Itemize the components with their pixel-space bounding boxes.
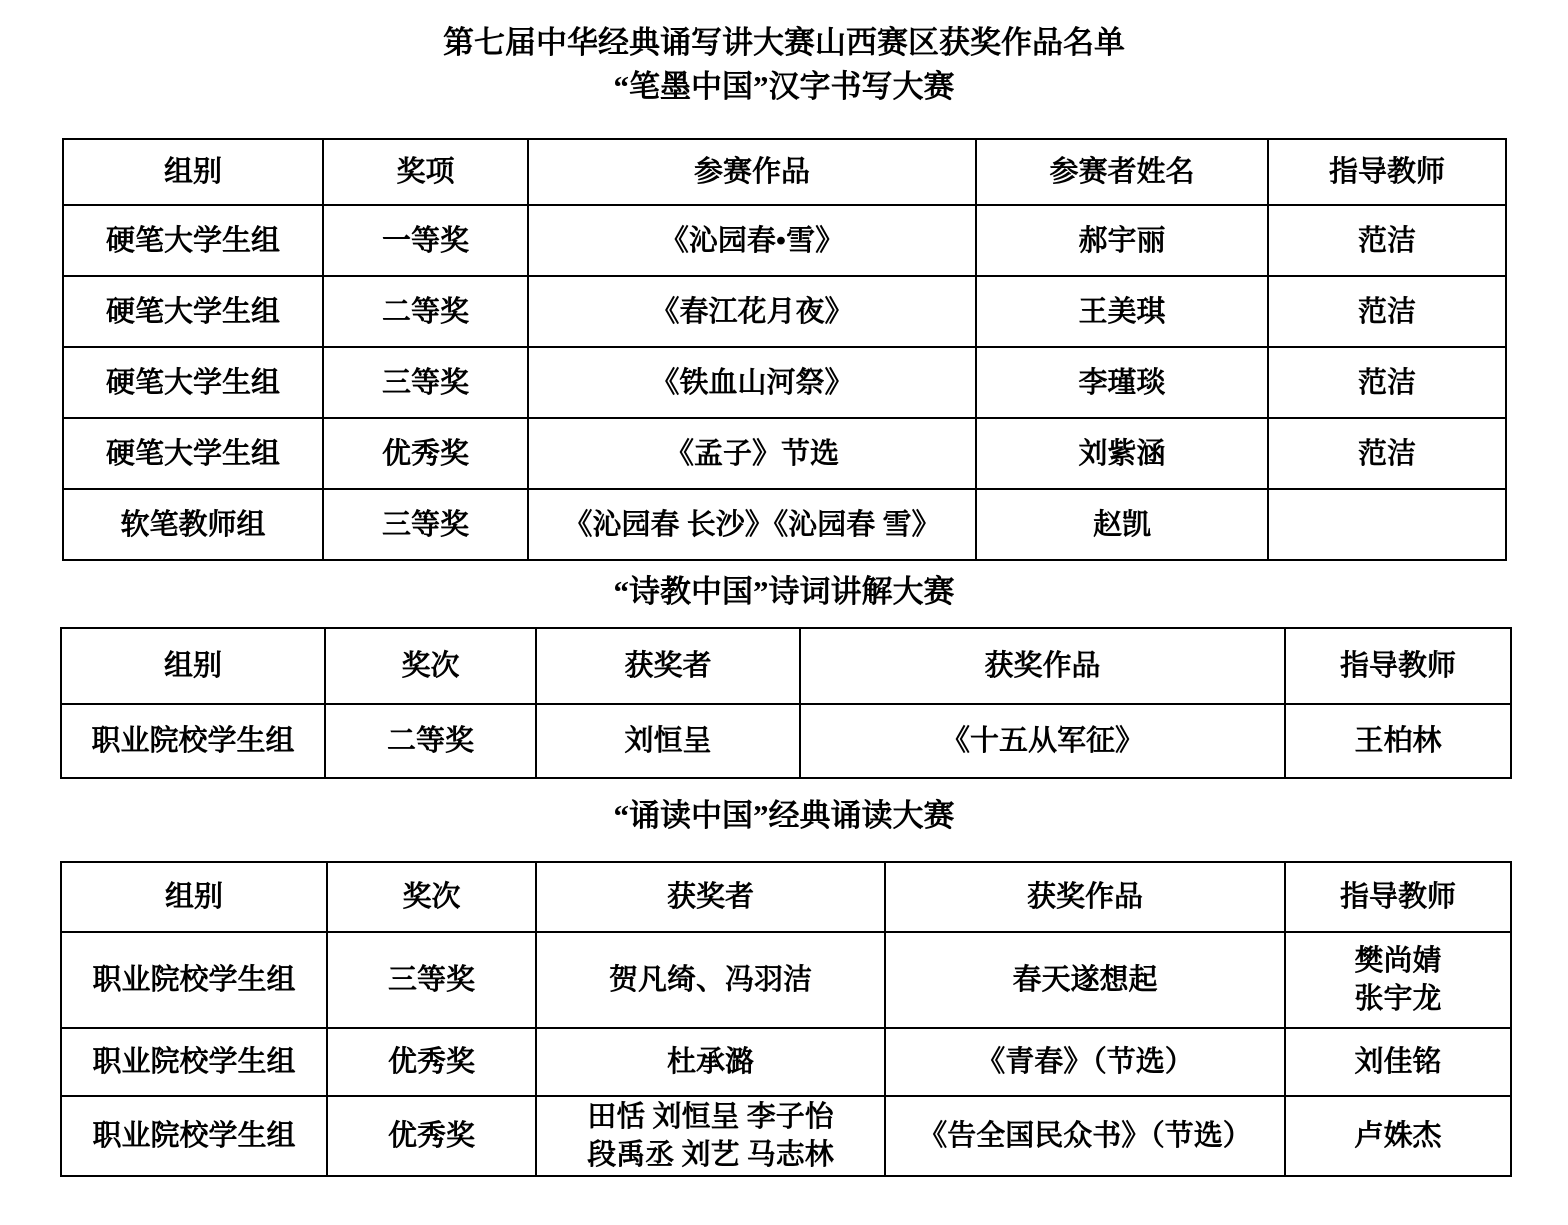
cell-participant: 李瑾琰 xyxy=(976,347,1268,418)
table-row: 硬笔大学生组 三等奖 《铁血山河祭》 李瑾琰 范洁 xyxy=(63,347,1506,418)
cell-work: 《沁园春•雪》 xyxy=(528,205,976,276)
section-title-calligraphy: “笔墨中国”汉字书写大赛 xyxy=(0,66,1568,108)
header-teacher: 指导教师 xyxy=(1268,139,1506,205)
header-group: 组别 xyxy=(63,139,323,205)
cell-group: 硬笔大学生组 xyxy=(63,205,323,276)
cell-group: 职业院校学生组 xyxy=(61,1028,327,1096)
header-group: 组别 xyxy=(61,628,325,704)
cell-work: 《孟子》节选 xyxy=(528,418,976,489)
section-title-recitation: “诵读中国”经典诵读大赛 xyxy=(0,795,1568,837)
cell-award: 优秀奖 xyxy=(327,1096,536,1176)
cell-winner: 刘恒呈 xyxy=(536,704,800,778)
cell-work: 《沁园春 长沙》《沁园春 雪》 xyxy=(528,489,976,560)
table-row: 职业院校学生组 三等奖 贺凡绮、冯羽洁 春天遂想起 樊尚婧 张宇龙 xyxy=(61,932,1511,1028)
cell-participant: 刘紫涵 xyxy=(976,418,1268,489)
cell-participant: 赵凯 xyxy=(976,489,1268,560)
table-row: 职业院校学生组 优秀奖 杜承潞 《青春》（节选） 刘佳铭 xyxy=(61,1028,1511,1096)
table-header-row: 组别 奖项 参赛作品 参赛者姓名 指导教师 xyxy=(63,139,1506,205)
cell-award: 二等奖 xyxy=(325,704,536,778)
cell-winner: 杜承潞 xyxy=(536,1028,885,1096)
cell-winner: 贺凡绮、冯羽洁 xyxy=(536,932,885,1028)
cell-winner: 田恬 刘恒呈 李子怡 段禹丞 刘艺 马志林 xyxy=(536,1096,885,1176)
header-winner: 获奖者 xyxy=(536,628,800,704)
cell-participant: 郝宇丽 xyxy=(976,205,1268,276)
header-teacher: 指导教师 xyxy=(1285,628,1511,704)
cell-teacher: 范洁 xyxy=(1268,276,1506,347)
header-award: 奖次 xyxy=(327,862,536,932)
cell-group: 职业院校学生组 xyxy=(61,932,327,1028)
header-group: 组别 xyxy=(61,862,327,932)
document: 第七届中华经典诵写讲大赛山西赛区获奖作品名单 “笔墨中国”汉字书写大赛 组别 奖… xyxy=(0,0,1568,1177)
cell-group: 硬笔大学生组 xyxy=(63,276,323,347)
cell-group: 软笔教师组 xyxy=(63,489,323,560)
table-poetry-lecture-contest: 组别 奖次 获奖者 获奖作品 指导教师 职业院校学生组 二等奖 刘恒呈 《十五从… xyxy=(60,627,1512,779)
header-work: 获奖作品 xyxy=(800,628,1285,704)
cell-participant: 王美琪 xyxy=(976,276,1268,347)
cell-work: 春天遂想起 xyxy=(885,932,1285,1028)
page-title: 第七届中华经典诵写讲大赛山西赛区获奖作品名单 xyxy=(0,22,1568,64)
table-row: 软笔教师组 三等奖 《沁园春 长沙》《沁园春 雪》 赵凯 xyxy=(63,489,1506,560)
cell-teacher: 范洁 xyxy=(1268,418,1506,489)
header-award: 奖项 xyxy=(323,139,528,205)
header-participant: 参赛者姓名 xyxy=(976,139,1268,205)
cell-work: 《十五从军征》 xyxy=(800,704,1285,778)
cell-award: 三等奖 xyxy=(323,489,528,560)
cell-group: 硬笔大学生组 xyxy=(63,418,323,489)
cell-teacher: 刘佳铭 xyxy=(1285,1028,1511,1096)
cell-work: 《告全国民众书》（节选） xyxy=(885,1096,1285,1176)
table-header-row: 组别 奖次 获奖者 获奖作品 指导教师 xyxy=(61,628,1511,704)
table-row: 硬笔大学生组 二等奖 《春江花月夜》 王美琪 范洁 xyxy=(63,276,1506,347)
cell-teacher: 范洁 xyxy=(1268,205,1506,276)
table-row: 职业院校学生组 二等奖 刘恒呈 《十五从军征》 王柏林 xyxy=(61,704,1511,778)
header-work: 获奖作品 xyxy=(885,862,1285,932)
cell-group: 硬笔大学生组 xyxy=(63,347,323,418)
cell-award: 一等奖 xyxy=(323,205,528,276)
section-title-poetry-lecture: “诗教中国”诗词讲解大赛 xyxy=(0,571,1568,613)
cell-teacher xyxy=(1268,489,1506,560)
cell-award: 二等奖 xyxy=(323,276,528,347)
cell-work: 《铁血山河祭》 xyxy=(528,347,976,418)
cell-award: 优秀奖 xyxy=(327,1028,536,1096)
cell-work: 《青春》（节选） xyxy=(885,1028,1285,1096)
cell-group: 职业院校学生组 xyxy=(61,1096,327,1176)
cell-teacher: 范洁 xyxy=(1268,347,1506,418)
table-row: 硬笔大学生组 一等奖 《沁园春•雪》 郝宇丽 范洁 xyxy=(63,205,1506,276)
cell-award: 三等奖 xyxy=(323,347,528,418)
table-row: 职业院校学生组 优秀奖 田恬 刘恒呈 李子怡 段禹丞 刘艺 马志林 《告全国民众… xyxy=(61,1096,1511,1176)
header-teacher: 指导教师 xyxy=(1285,862,1511,932)
cell-teacher: 卢姝杰 xyxy=(1285,1096,1511,1176)
cell-teacher: 樊尚婧 张宇龙 xyxy=(1285,932,1511,1028)
table-handwriting-contest: 组别 奖项 参赛作品 参赛者姓名 指导教师 硬笔大学生组 一等奖 《沁园春•雪》… xyxy=(62,138,1507,561)
header-award: 奖次 xyxy=(325,628,536,704)
cell-work: 《春江花月夜》 xyxy=(528,276,976,347)
cell-teacher: 王柏林 xyxy=(1285,704,1511,778)
cell-award: 优秀奖 xyxy=(323,418,528,489)
table-row: 硬笔大学生组 优秀奖 《孟子》节选 刘紫涵 范洁 xyxy=(63,418,1506,489)
header-winner: 获奖者 xyxy=(536,862,885,932)
cell-award: 三等奖 xyxy=(327,932,536,1028)
header-work: 参赛作品 xyxy=(528,139,976,205)
cell-group: 职业院校学生组 xyxy=(61,704,325,778)
table-header-row: 组别 奖次 获奖者 获奖作品 指导教师 xyxy=(61,862,1511,932)
table-recitation-contest: 组别 奖次 获奖者 获奖作品 指导教师 职业院校学生组 三等奖 贺凡绮、冯羽洁 … xyxy=(60,861,1512,1177)
